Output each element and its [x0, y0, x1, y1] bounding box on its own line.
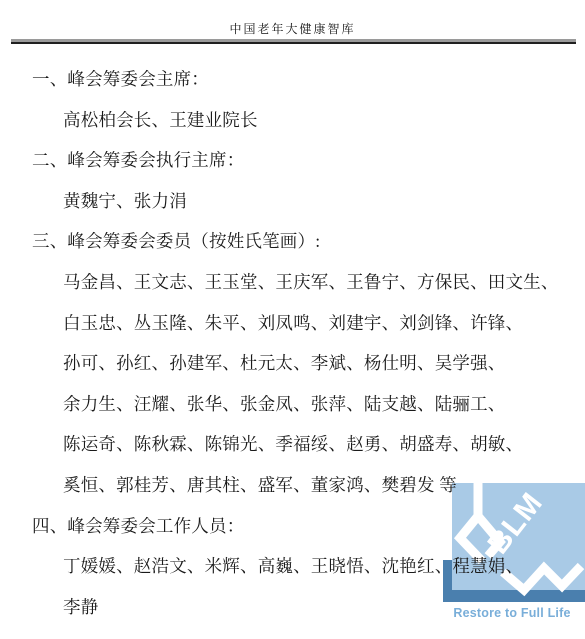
page-header-title: 中国老年大健康智库 [0, 20, 585, 37]
section-4-heading: 四、峰会筹委会工作人员： [32, 506, 585, 547]
section-4-names-row-1: 丁媛媛、赵浩文、米辉、高巍、王晓悟、沈艳红、程慧娟、 [63, 546, 585, 587]
section-2-heading: 二、峰会筹委会执行主席： [32, 140, 585, 181]
section-3-names-row-6: 奚恒、郭桂芳、唐其柱、盛军、董家鸿、樊碧发 等 [63, 465, 585, 506]
section-3-names-row-4: 余力生、汪耀、张华、张金凤、张萍、陆支越、陆骊工、 [63, 384, 585, 425]
document-body: 一、峰会筹委会主席： 高松柏会长、王建业院长 二、峰会筹委会执行主席： 黄魏宁、… [0, 59, 585, 627]
section-3-names-row-3: 孙可、孙红、孙建军、杜元太、李斌、杨仕明、吴学强、 [63, 343, 585, 384]
section-3-names-row-2: 白玉忠、丛玉隆、朱平、刘凤鸣、刘建宇、刘剑锋、许锋、 [63, 303, 585, 344]
section-3-heading: 三、峰会筹委会委员（按姓氏笔画）: [32, 221, 585, 262]
section-2-names: 黄魏宁、张力涓 [63, 181, 585, 222]
header-rule-divider [11, 39, 576, 44]
section-1-heading: 一、峰会筹委会主席： [32, 59, 585, 100]
section-4-names-row-2: 李静 [63, 587, 585, 628]
section-3-names-row-1: 马金昌、王文志、王玉堂、王庆军、王鲁宁、方保民、田文生、 [63, 262, 585, 303]
section-3-names-row-5: 陈运奇、陈秋霖、陈锦光、季福绥、赵勇、胡盛寿、胡敏、 [63, 424, 585, 465]
section-1-names: 高松柏会长、王建业院长 [63, 100, 585, 141]
